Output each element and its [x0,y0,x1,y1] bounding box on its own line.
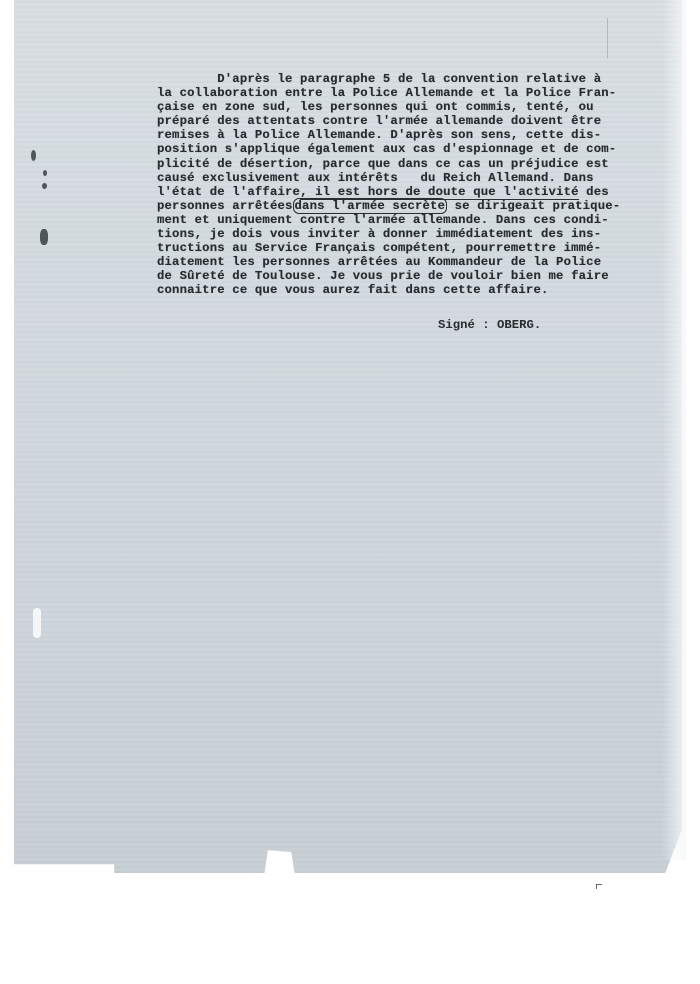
text-line: préparé des attentats contre l'armée all… [157,114,627,128]
letter-body: D'après le paragraphe 5 de la convention… [157,72,627,298]
punch-hole-mark [40,229,48,245]
signature: Signé : OBERG. [438,318,541,332]
page-edge-fade [662,0,686,860]
text-line: çaise en zone sud, les personnes qui ont… [157,100,627,114]
margin-mark [607,18,608,58]
punch-hole-mark [42,183,47,189]
circled-text: dans l'armée secrète [293,198,448,214]
text-line-annotated: personnes arrêtéesdans l'armée secrète s… [157,199,627,213]
text-line: causé exclusivement aux intérêts du Reic… [157,171,627,185]
text-line: de Sûreté de Toulouse. Je vous prie de v… [157,269,627,283]
text-line: ment et uniquement contre l'armée allema… [157,213,627,227]
text-line: tions, je dois vous inviter à donner imm… [157,227,627,241]
text-line: connaitre ce que vous aurez fait dans ce… [157,283,627,297]
text-line: position s'applique également aux cas d'… [157,142,627,156]
text-line: plicité de désertion, parce que dans ce … [157,157,627,171]
punch-hole-mark [31,150,36,161]
text-segment: personnes arrêtées [157,199,293,213]
text-segment: l'état de l'affaire [157,185,300,199]
paper-blemish [33,608,41,638]
text-segment: des [579,185,609,199]
text-line: diatement les personnes arrêtées au Komm… [157,255,627,269]
text-line: remises à la Police Allemande. D'après s… [157,128,627,142]
corner-mark [596,884,602,889]
text-line: tructions au Service Français compétent,… [157,241,627,255]
punch-hole-mark [43,170,47,176]
text-segment: se dirigeait pratique- [447,199,620,213]
text-line-annotated: l'état de l'affaire, il est hors de dout… [157,185,627,199]
text-line: D'après le paragraphe 5 de la convention… [157,72,627,86]
text-line: la collaboration entre la Police Alleman… [157,86,627,100]
